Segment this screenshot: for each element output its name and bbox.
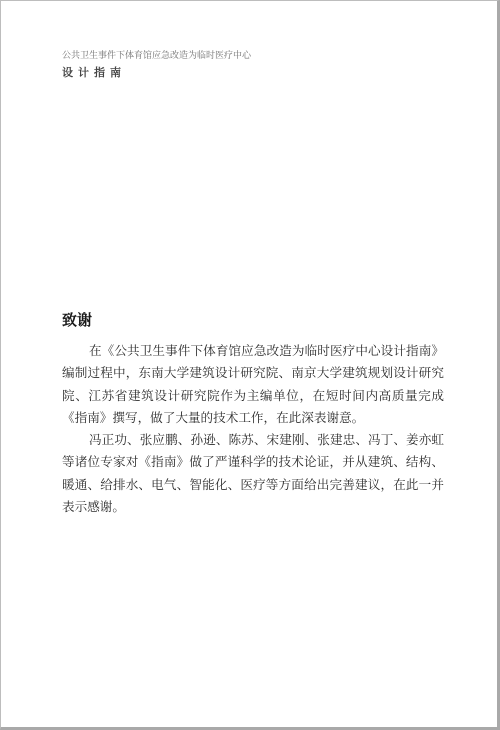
acknowledgement-paragraph-1: 在《公共卫生事件下体育馆应急改造为临时医疗中心设计指南》编制过程中，东南大学建筑… xyxy=(62,340,444,429)
section-heading: 致谢 xyxy=(62,311,444,329)
header-subtitle: 公共卫生事件下体育馆应急改造为临时医疗中心 xyxy=(62,51,251,62)
document-page: 公共卫生事件下体育馆应急改造为临时医疗中心 设计指南 致谢 在《公共卫生事件下体… xyxy=(0,0,500,730)
acknowledgement-paragraph-2: 冯正功、张应鹏、孙逊、陈苏、宋建刚、张建忠、冯丁、姜亦虹等诸位专家对《指南》做了… xyxy=(62,429,444,518)
running-header: 公共卫生事件下体育馆应急改造为临时医疗中心 设计指南 xyxy=(62,51,251,80)
acknowledgements-section: 致谢 在《公共卫生事件下体育馆应急改造为临时医疗中心设计指南》编制过程中，东南大… xyxy=(62,311,444,518)
header-title: 设计指南 xyxy=(62,66,251,80)
